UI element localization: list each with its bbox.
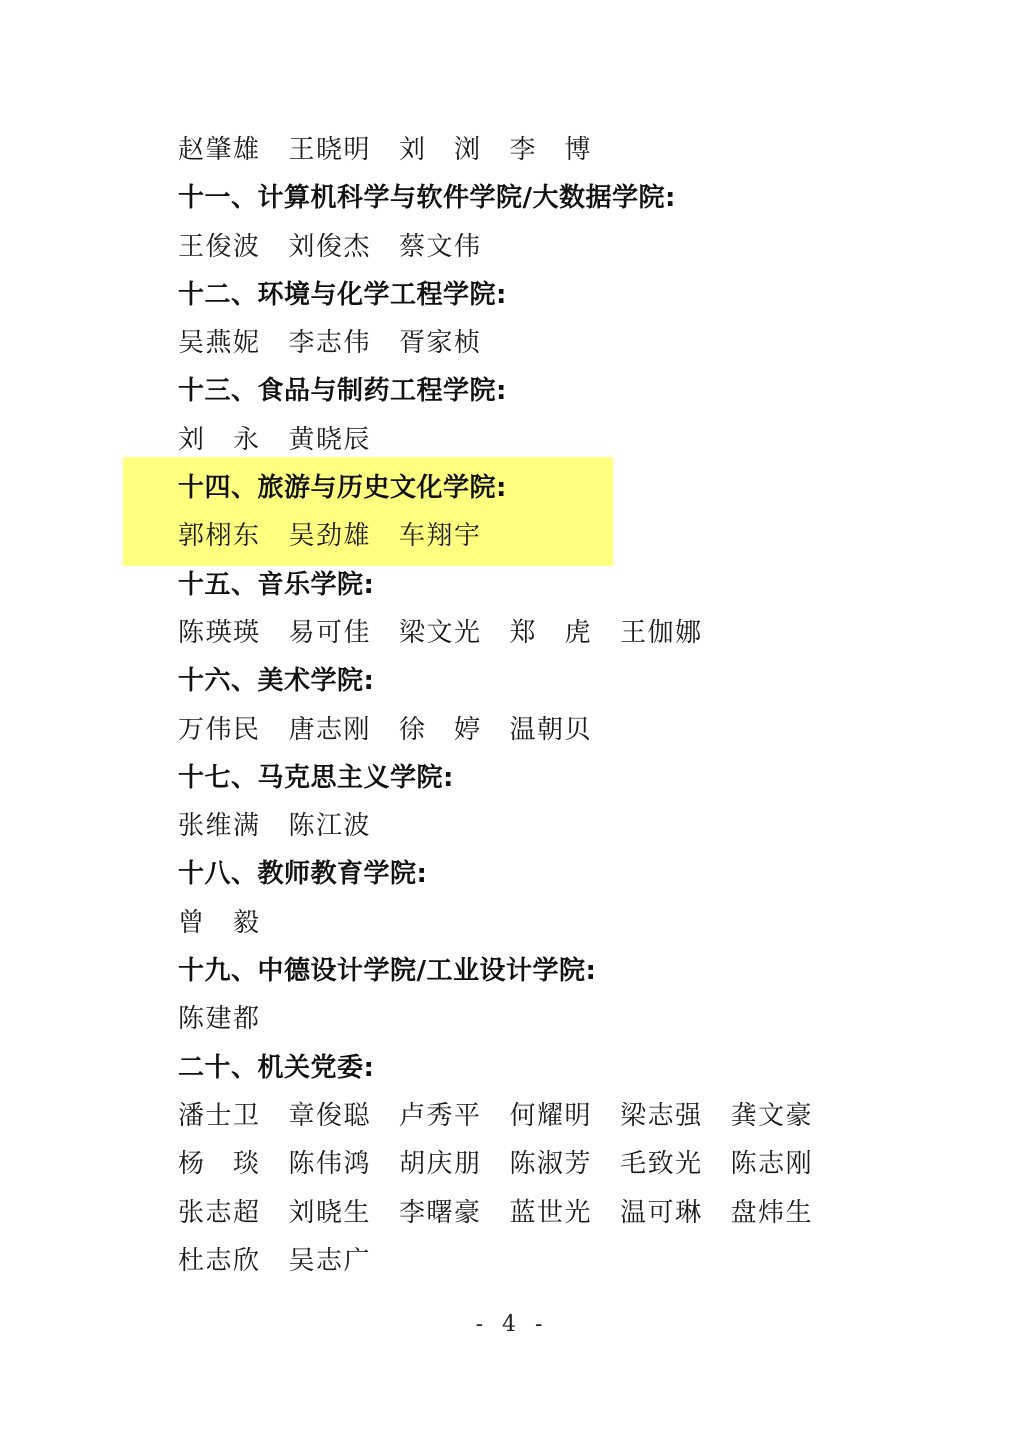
person-name: 李曙豪 <box>399 1189 482 1237</box>
person-name: 李 博 <box>510 126 593 174</box>
person-name: 胥家桢 <box>399 319 482 367</box>
person-name: 张志超 <box>178 1189 261 1237</box>
name-row: 王俊波刘俊杰蔡文伟 <box>178 223 878 271</box>
person-name: 吴志广 <box>289 1237 372 1285</box>
section-heading: 十九、中德设计学院/工业设计学院: <box>178 947 878 995</box>
person-name: 陈志刚 <box>731 1140 814 1188</box>
person-name: 盘炜生 <box>731 1189 814 1237</box>
name-row: 杨 琰陈伟鸿胡庆朋陈淑芳毛致光陈志刚 <box>178 1140 878 1188</box>
person-name: 陈瑛瑛 <box>178 609 261 657</box>
person-name: 潘士卫 <box>178 1092 261 1140</box>
person-name: 毛致光 <box>620 1140 703 1188</box>
person-name: 温可琳 <box>620 1189 703 1237</box>
person-name: 杨 琰 <box>178 1140 261 1188</box>
person-name: 卢秀平 <box>399 1092 482 1140</box>
person-name: 赵肇雄 <box>178 126 261 174</box>
person-name: 陈建都 <box>178 995 261 1043</box>
person-name: 张维满 <box>178 802 261 850</box>
person-name: 刘俊杰 <box>289 223 372 271</box>
person-name: 李志伟 <box>289 319 372 367</box>
name-row: 潘士卫章俊聪卢秀平何耀明梁志强龚文豪 <box>178 1092 878 1140</box>
name-row: 陈瑛瑛易可佳梁文光郑 虎王伽娜 <box>178 609 878 657</box>
name-row: 吴燕妮李志伟胥家桢 <box>178 319 878 367</box>
name-row: 刘 永黄晓辰 <box>178 416 878 464</box>
section-heading: 十六、美术学院: <box>178 657 878 705</box>
person-name: 章俊聪 <box>289 1092 372 1140</box>
name-row: 曾 毅 <box>178 899 878 947</box>
section-heading: 十八、教师教育学院: <box>178 850 878 898</box>
name-row: 万伟民唐志刚徐 婷温朝贝 <box>178 706 878 754</box>
name-row: 张志超刘晓生李曙豪蓝世光温可琳盘炜生 <box>178 1189 878 1237</box>
person-name: 杜志欣 <box>178 1237 261 1285</box>
section-heading: 十二、环境与化学工程学院: <box>178 271 878 319</box>
section-heading: 二十、机关党委: <box>178 1044 878 1092</box>
person-name: 徐 婷 <box>399 706 482 754</box>
name-row: 杜志欣吴志广 <box>178 1237 878 1285</box>
person-name: 刘晓生 <box>289 1189 372 1237</box>
person-name: 蔡文伟 <box>399 223 482 271</box>
name-list: 赵肇雄王晓明刘 浏李 博十一、计算机科学与软件学院/大数据学院:王俊波刘俊杰蔡文… <box>178 126 878 1285</box>
person-name: 曾 毅 <box>178 899 261 947</box>
person-name: 蓝世光 <box>510 1189 593 1237</box>
person-name: 梁志强 <box>620 1092 703 1140</box>
person-name: 易可佳 <box>289 609 372 657</box>
person-name: 陈江波 <box>289 802 372 850</box>
section-heading: 十一、计算机科学与软件学院/大数据学院: <box>178 174 878 222</box>
person-name: 陈淑芳 <box>510 1140 593 1188</box>
section-heading: 十三、食品与制药工程学院: <box>178 367 878 415</box>
document-page: 赵肇雄王晓明刘 浏李 博十一、计算机科学与软件学院/大数据学院:王俊波刘俊杰蔡文… <box>0 0 1024 1448</box>
section-heading: 十七、马克思主义学院: <box>178 754 878 802</box>
person-name: 王晓明 <box>289 126 372 174</box>
name-row: 郭栩东吴劲雄车翔宇 <box>178 512 878 560</box>
person-name: 黄晓辰 <box>289 416 372 464</box>
section-heading: 十四、旅游与历史文化学院: <box>178 464 878 512</box>
person-name: 何耀明 <box>510 1092 593 1140</box>
name-row: 陈建都 <box>178 995 878 1043</box>
name-row: 赵肇雄王晓明刘 浏李 博 <box>178 126 878 174</box>
person-name: 王俊波 <box>178 223 261 271</box>
person-name: 刘 浏 <box>399 126 482 174</box>
person-name: 温朝贝 <box>510 706 593 754</box>
section-heading: 十五、音乐学院: <box>178 561 878 609</box>
person-name: 车翔宇 <box>399 512 482 560</box>
person-name: 胡庆朋 <box>399 1140 482 1188</box>
person-name: 龚文豪 <box>731 1092 814 1140</box>
person-name: 梁文光 <box>399 609 482 657</box>
person-name: 王伽娜 <box>620 609 703 657</box>
person-name: 唐志刚 <box>289 706 372 754</box>
person-name: 吴燕妮 <box>178 319 261 367</box>
person-name: 陈伟鸿 <box>289 1140 372 1188</box>
person-name: 吴劲雄 <box>289 512 372 560</box>
page-number: - 4 - <box>0 1312 1024 1337</box>
person-name: 郑 虎 <box>510 609 593 657</box>
name-row: 张维满陈江波 <box>178 802 878 850</box>
person-name: 万伟民 <box>178 706 261 754</box>
person-name: 郭栩东 <box>178 512 261 560</box>
person-name: 刘 永 <box>178 416 261 464</box>
